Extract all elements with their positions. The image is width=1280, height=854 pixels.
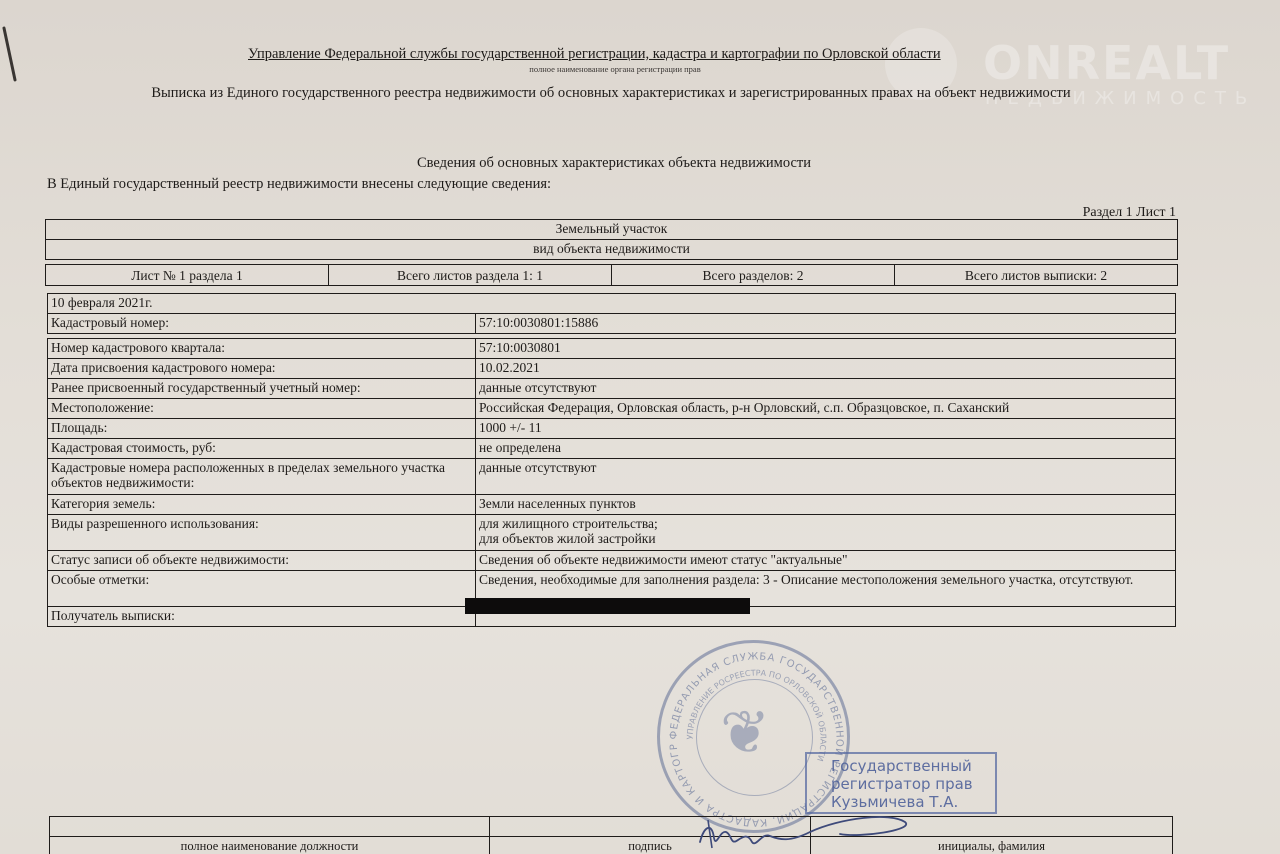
registrar-stamp-line1: Государственный — [831, 757, 995, 775]
row-label: Номер кадастрового квартала: — [48, 339, 476, 358]
row-label: Местоположение: — [48, 399, 476, 418]
table-row: Кадастровая стоимость, руб: не определен… — [48, 438, 1175, 458]
object-type-block: Земельный участок вид объекта недвижимос… — [45, 219, 1178, 260]
row-label: Получатель выписки: — [48, 607, 476, 626]
row-label: Категория земель: — [48, 495, 476, 514]
row-value: данные отсутствуют — [476, 379, 1175, 398]
extract-date: 10 февраля 2021г. — [48, 294, 156, 313]
row-value: 57:10:0030801 — [476, 339, 1175, 358]
row-value: 1000 +/- 11 — [476, 419, 1175, 438]
row-value: Российская Федерация, Орловская область,… — [476, 399, 1175, 418]
sheets-info-row: Лист № 1 раздела 1 Всего листов раздела … — [45, 264, 1178, 286]
row-value: Сведения об объекте недвижимости имеют с… — [476, 551, 1175, 570]
sheet-number: Лист № 1 раздела 1 — [46, 265, 328, 285]
signature-captions-row: полное наименование должности подпись ин… — [50, 836, 1172, 854]
table-row: Местоположение: Российская Федерация, Ор… — [48, 398, 1175, 418]
table-row: Дата присвоения кадастрового номера: 10.… — [48, 358, 1175, 378]
row-value: 10.02.2021 — [476, 359, 1175, 378]
intro-text: В Единый государственный реестр недвижим… — [47, 176, 551, 193]
row-value: для жилищного строительства; для объекто… — [476, 515, 1175, 550]
row-value: не определена — [476, 439, 1175, 458]
section-sheets-total: Всего листов раздела 1: 1 — [328, 265, 611, 285]
row-label: Дата присвоения кадастрового номера: — [48, 359, 476, 378]
registrar-stamp-line3: Кузьмичева Т.А. — [831, 793, 995, 811]
double-headed-eagle-icon: ❦ — [720, 698, 770, 768]
row-label: Кадастровая стоимость, руб: — [48, 439, 476, 458]
table-row: Номер кадастрового квартала: 57:10:00308… — [48, 339, 1175, 358]
row-value: Земли населенных пунктов — [476, 495, 1175, 514]
table-row: Статус записи об объекте недвижимости: С… — [48, 550, 1175, 570]
extract-title: Выписка из Единого государственного реес… — [0, 85, 1222, 102]
characteristics-table: Номер кадастрового квартала: 57:10:00308… — [47, 338, 1176, 627]
table-row: Кадастровые номера расположенных в преде… — [48, 458, 1175, 494]
cadastral-number-row: Кадастровый номер: 57:10:0030801:15886 — [48, 313, 1175, 333]
extract-sheets-total: Всего листов выписки: 2 — [894, 265, 1177, 285]
table-row: Категория земель: Земли населенных пункт… — [48, 494, 1175, 514]
org-name: Управление Федеральной службы государств… — [248, 46, 941, 63]
table-row: Виды разрешенного использования: для жил… — [48, 514, 1175, 550]
signature-values-row — [50, 817, 1172, 836]
sections-total: Всего разделов: 2 — [611, 265, 894, 285]
date-row: 10 февраля 2021г. — [48, 294, 1175, 313]
info-title: Сведения об основных характеристиках объ… — [0, 155, 1228, 172]
registrar-stamp: Государственный регистратор прав Кузьмич… — [805, 752, 997, 814]
table-row: Ранее присвоенный государственный учетны… — [48, 378, 1175, 398]
row-label: Кадастровые номера расположенных в преде… — [48, 459, 476, 494]
registrar-stamp-line2: регистратор прав — [831, 775, 995, 793]
object-type-value: Земельный участок — [46, 220, 1177, 239]
cadastral-number-value: 57:10:0030801:15886 — [476, 314, 1175, 333]
handwritten-signature — [690, 812, 920, 854]
position-caption: полное наименование должности — [50, 837, 490, 854]
redaction-bar — [465, 598, 750, 614]
row-label: Статус записи об объекте недвижимости: — [48, 551, 476, 570]
header-block: 10 февраля 2021г. Кадастровый номер: 57:… — [47, 293, 1176, 334]
row-label: Площадь: — [48, 419, 476, 438]
row-label: Виды разрешенного использования: — [48, 515, 476, 550]
row-label: Особые отметки: — [48, 571, 476, 606]
table-row: Площадь: 1000 +/- 11 — [48, 418, 1175, 438]
watermark-brand: ONREALT — [983, 36, 1230, 90]
position-value — [50, 817, 490, 836]
row-label: Ранее присвоенный государственный учетны… — [48, 379, 476, 398]
cadastral-number-label: Кадастровый номер: — [48, 314, 476, 333]
signature-table: полное наименование должности подпись ин… — [49, 816, 1173, 854]
org-caption: полное наименование органа регистрации п… — [0, 64, 1230, 74]
row-value: данные отсутствуют — [476, 459, 1175, 494]
object-type-caption: вид объекта недвижимости — [46, 239, 1177, 259]
